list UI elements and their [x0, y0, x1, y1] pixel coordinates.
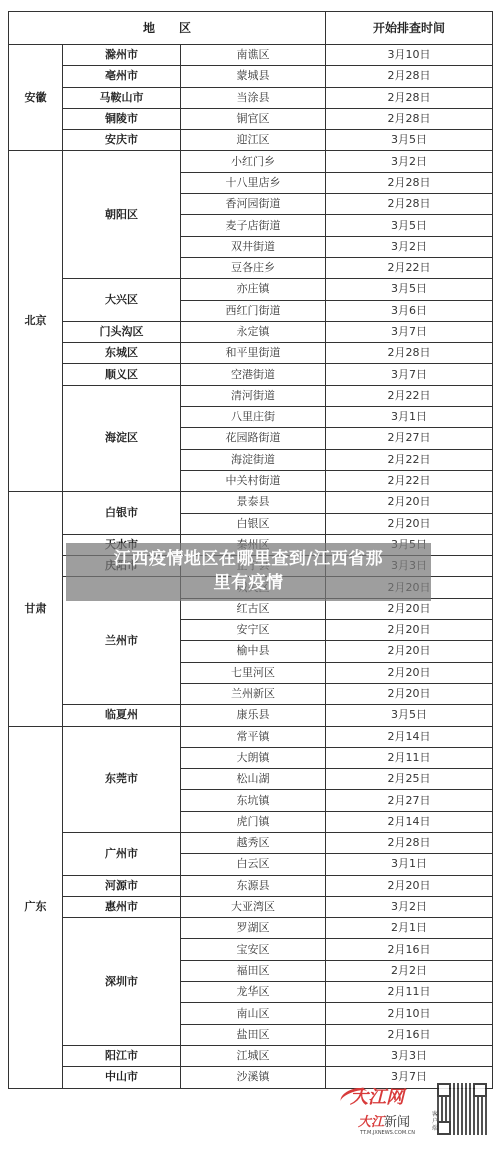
- start-date-cell: 2月14日: [326, 726, 493, 747]
- start-date-cell: 2月20日: [326, 620, 493, 641]
- district-cell: 花园路街道: [181, 428, 326, 449]
- table-row: 惠州市大亚湾区3月2日: [9, 896, 493, 917]
- start-date-cell: 3月7日: [326, 364, 493, 385]
- city-cell: 门头沟区: [63, 321, 181, 342]
- city-cell: 滁州市: [63, 45, 181, 66]
- table-row: 安徽滁州市南谯区3月10日: [9, 45, 493, 66]
- city-cell: 河源市: [63, 875, 181, 896]
- start-date-cell: 2月27日: [326, 790, 493, 811]
- logo-brand-text: 新闻: [384, 1115, 410, 1130]
- district-cell: 七里河区: [181, 662, 326, 683]
- start-date-cell: 2月16日: [326, 1024, 493, 1045]
- district-cell: 亦庄镇: [181, 279, 326, 300]
- start-date-cell: 3月6日: [326, 300, 493, 321]
- start-date-cell: 2月10日: [326, 1003, 493, 1024]
- start-date-cell: 3月5日: [326, 215, 493, 236]
- start-date-cell: 3月3日: [326, 1045, 493, 1066]
- start-date-cell: 2月28日: [326, 343, 493, 364]
- city-cell: 惠州市: [63, 896, 181, 917]
- start-date-cell: 3月2日: [326, 896, 493, 917]
- city-cell: 铜陵市: [63, 108, 181, 129]
- start-date-cell: 2月2日: [326, 960, 493, 981]
- start-date-cell: 2月28日: [326, 87, 493, 108]
- start-date-cell: 3月1日: [326, 407, 493, 428]
- logo-url: TT.M.JXNEWS.COM.CN: [360, 1130, 415, 1136]
- district-cell: 康乐县: [181, 705, 326, 726]
- start-date-cell: 3月5日: [326, 705, 493, 726]
- district-cell: 蒙城县: [181, 66, 326, 87]
- city-cell: 白银市: [63, 492, 181, 535]
- table-row: 海淀区清河街道2月22日: [9, 385, 493, 406]
- start-date-cell: 3月7日: [326, 321, 493, 342]
- header-region: 地 区: [9, 12, 326, 45]
- start-date-cell: 2月28日: [326, 108, 493, 129]
- overlay-title-line1: 江西疫情地区在哪里查到/江西省那: [66, 547, 431, 571]
- start-date-cell: 3月2日: [326, 151, 493, 172]
- table-row: 临夏州康乐县3月5日: [9, 705, 493, 726]
- start-date-cell: 2月28日: [326, 194, 493, 215]
- province-cell: 北京: [9, 151, 63, 492]
- table-row: 亳州市蒙城县2月28日: [9, 66, 493, 87]
- district-cell: 宝安区: [181, 939, 326, 960]
- dajiang-logo: 大江网 大江新闻 TT.M.JXNEWS.COM.CN 客户端: [340, 1083, 440, 1143]
- start-date-cell: 2月20日: [326, 492, 493, 513]
- district-cell: 常平镇: [181, 726, 326, 747]
- start-date-cell: 2月22日: [326, 449, 493, 470]
- district-cell: 铜官区: [181, 108, 326, 129]
- province-cell: 安徽: [9, 45, 63, 151]
- district-cell: 空港街道: [181, 364, 326, 385]
- city-cell: 安庆市: [63, 130, 181, 151]
- start-date-cell: 2月11日: [326, 747, 493, 768]
- district-cell: 清河街道: [181, 385, 326, 406]
- district-cell: 龙华区: [181, 982, 326, 1003]
- start-date-cell: 2月22日: [326, 470, 493, 491]
- district-cell: 八里庄街: [181, 407, 326, 428]
- start-date-cell: 2月22日: [326, 257, 493, 278]
- district-cell: 兰州新区: [181, 683, 326, 704]
- start-date-cell: 2月11日: [326, 982, 493, 1003]
- district-cell: 麦子店街道: [181, 215, 326, 236]
- table-row: 顺义区空港街道3月7日: [9, 364, 493, 385]
- start-date-cell: 2月20日: [326, 513, 493, 534]
- table-row: 广东东莞市常平镇2月14日: [9, 726, 493, 747]
- start-date-cell: 3月10日: [326, 45, 493, 66]
- city-cell: 亳州市: [63, 66, 181, 87]
- city-cell: 广州市: [63, 832, 181, 875]
- table-row: 铜陵市铜官区2月28日: [9, 108, 493, 129]
- district-cell: 西红门街道: [181, 300, 326, 321]
- district-cell: 安宁区: [181, 620, 326, 641]
- start-date-cell: 2月20日: [326, 598, 493, 619]
- table-header-row: 地 区 开始排查时间: [9, 12, 493, 45]
- district-cell: 大朗镇: [181, 747, 326, 768]
- start-date-cell: 2月20日: [326, 641, 493, 662]
- start-date-cell: 3月5日: [326, 279, 493, 300]
- table-row: 马鞍山市当涂县2月28日: [9, 87, 493, 108]
- district-cell: 中关村街道: [181, 470, 326, 491]
- start-date-cell: 2月25日: [326, 769, 493, 790]
- start-date-cell: 2月20日: [326, 875, 493, 896]
- district-cell: 福田区: [181, 960, 326, 981]
- city-cell: 朝阳区: [63, 151, 181, 279]
- start-date-cell: 2月28日: [326, 832, 493, 853]
- district-cell: 白银区: [181, 513, 326, 534]
- city-cell: 马鞍山市: [63, 87, 181, 108]
- table-row: 阳江市江城区3月3日: [9, 1045, 493, 1066]
- start-date-cell: 3月2日: [326, 236, 493, 257]
- district-cell: 大亚湾区: [181, 896, 326, 917]
- district-cell: 双井街道: [181, 236, 326, 257]
- header-start-time: 开始排查时间: [326, 12, 493, 45]
- district-cell: 东源县: [181, 875, 326, 896]
- district-cell: 罗湖区: [181, 918, 326, 939]
- district-cell: 松山湖: [181, 769, 326, 790]
- district-cell: 东坑镇: [181, 790, 326, 811]
- district-cell: 迎江区: [181, 130, 326, 151]
- start-date-cell: 2月28日: [326, 172, 493, 193]
- city-cell: 顺义区: [63, 364, 181, 385]
- title-overlay-banner: 江西疫情地区在哪里查到/江西省那 里有疫情: [66, 543, 431, 601]
- start-date-cell: 3月1日: [326, 854, 493, 875]
- table-row: 大兴区亦庄镇3月5日: [9, 279, 493, 300]
- logo-brand: 大江新闻: [358, 1111, 410, 1130]
- start-date-cell: 2月20日: [326, 683, 493, 704]
- district-cell: 香河园街道: [181, 194, 326, 215]
- qr-code-icon: [437, 1083, 487, 1135]
- table-row: 河源市东源县2月20日: [9, 875, 493, 896]
- district-cell: 南谯区: [181, 45, 326, 66]
- table-row: 广州市越秀区2月28日: [9, 832, 493, 853]
- overlay-title-line2: 里有疫情: [66, 571, 431, 595]
- start-date-cell: 2月22日: [326, 385, 493, 406]
- district-cell: 南山区: [181, 1003, 326, 1024]
- city-cell: 海淀区: [63, 385, 181, 491]
- table-row: 安庆市迎江区3月5日: [9, 130, 493, 151]
- district-cell: 景泰县: [181, 492, 326, 513]
- city-cell: 大兴区: [63, 279, 181, 322]
- logo-brand-red: 大江: [358, 1115, 384, 1130]
- city-cell: 东城区: [63, 343, 181, 364]
- district-cell: 榆中县: [181, 641, 326, 662]
- start-date-cell: 3月5日: [326, 130, 493, 151]
- table-row: 门头沟区永定镇3月7日: [9, 321, 493, 342]
- district-cell: 虎门镇: [181, 811, 326, 832]
- district-cell: 红古区: [181, 598, 326, 619]
- city-cell: 东莞市: [63, 726, 181, 832]
- start-date-cell: 2月14日: [326, 811, 493, 832]
- start-date-cell: 2月28日: [326, 66, 493, 87]
- city-cell: 中山市: [63, 1067, 181, 1088]
- city-cell: 阳江市: [63, 1045, 181, 1066]
- logo-top-text: 大江网: [350, 1083, 404, 1109]
- start-date-cell: 2月20日: [326, 662, 493, 683]
- start-date-cell: 2月27日: [326, 428, 493, 449]
- table-row: 深圳市罗湖区2月1日: [9, 918, 493, 939]
- table-row: 甘肃白银市景泰县2月20日: [9, 492, 493, 513]
- city-cell: 深圳市: [63, 918, 181, 1046]
- district-cell: 白云区: [181, 854, 326, 875]
- table-row: 北京朝阳区小红门乡3月2日: [9, 151, 493, 172]
- start-date-cell: 2月16日: [326, 939, 493, 960]
- table-row: 东城区和平里街道2月28日: [9, 343, 493, 364]
- district-cell: 沙溪镇: [181, 1067, 326, 1088]
- district-cell: 江城区: [181, 1045, 326, 1066]
- district-cell: 十八里店乡: [181, 172, 326, 193]
- district-cell: 越秀区: [181, 832, 326, 853]
- district-cell: 豆各庄乡: [181, 257, 326, 278]
- district-cell: 小红门乡: [181, 151, 326, 172]
- district-cell: 和平里街道: [181, 343, 326, 364]
- city-cell: 临夏州: [63, 705, 181, 726]
- province-cell: 甘肃: [9, 492, 63, 726]
- district-cell: 永定镇: [181, 321, 326, 342]
- district-cell: 盐田区: [181, 1024, 326, 1045]
- start-date-cell: 2月1日: [326, 918, 493, 939]
- district-cell: 海淀街道: [181, 449, 326, 470]
- province-cell: 广东: [9, 726, 63, 1088]
- district-cell: 当涂县: [181, 87, 326, 108]
